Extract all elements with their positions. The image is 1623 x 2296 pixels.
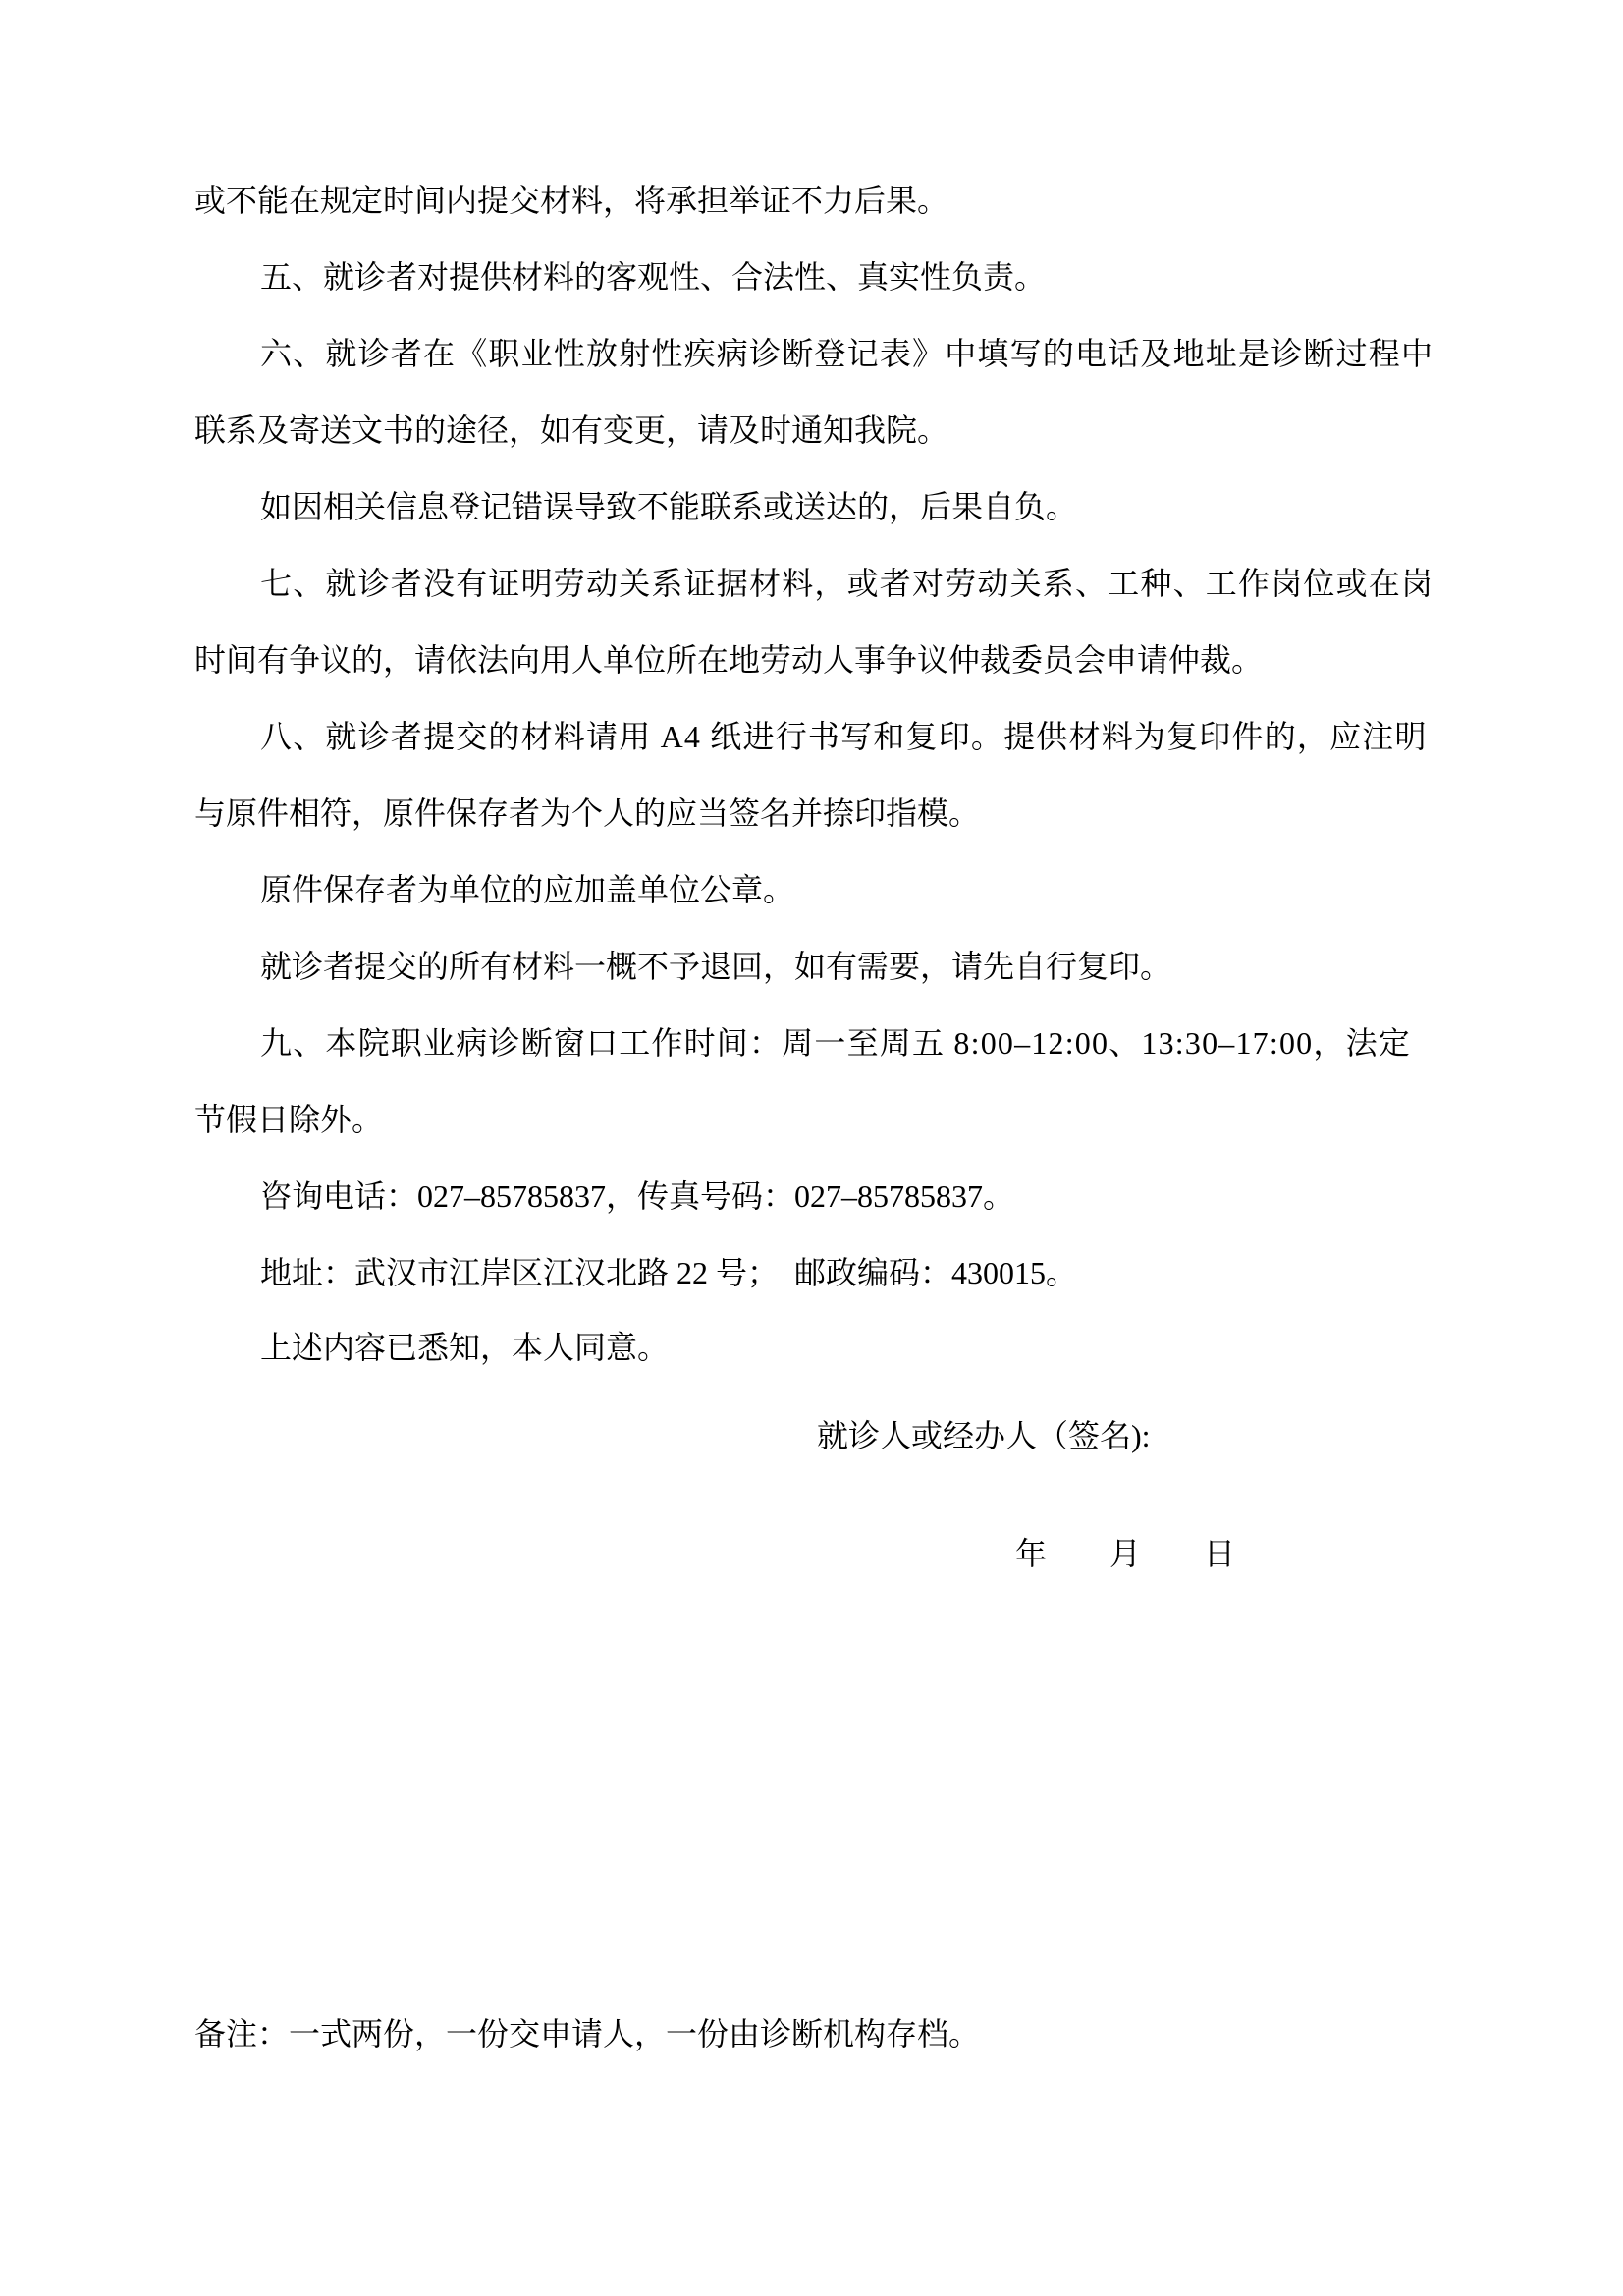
text-line-9: 原件保存者为单位的应加盖单位公章。 — [194, 867, 1434, 912]
text-line-11: 九、本院职业病诊断窗口工作时间：周一至周五 8:00–12:00、13:30–1… — [194, 1020, 1434, 1066]
remark-line: 备注：一式两份，一份交申请人，一份由诊断机构存档。 — [194, 2011, 1434, 2056]
text-line-13: 咨询电话：027–85785837，传真号码：027–85785837。 — [194, 1174, 1434, 1219]
text-line-6: 时间有争议的，请依法向用人单位所在地劳动人事争议仲裁委员会申请仲裁。 — [194, 637, 1434, 683]
text-line-12: 节假日除外。 — [194, 1097, 1434, 1142]
text-line-4: 如因相关信息登记错误导致不能联系或送达的，后果自负。 — [194, 484, 1434, 529]
text-line-0: 或不能在规定时间内提交材料，将承担举证不力后果。 — [194, 178, 1434, 223]
signature-line: 就诊人或经办人（签名): — [817, 1413, 1406, 1458]
date-line: 年 月 日 — [1015, 1531, 1506, 1576]
text-line-5: 七、就诊者没有证明劳动关系证据材料，或者对劳动关系、工种、工作岗位或在岗 — [194, 561, 1434, 606]
text-line-10: 就诊者提交的所有材料一概不予退回，如有需要，请先自行复印。 — [194, 944, 1434, 989]
text-line-3: 联系及寄送文书的途径，如有变更，请及时通知我院。 — [194, 408, 1434, 453]
text-line-8: 与原件相符，原件保存者为个人的应当签名并捺印指模。 — [194, 791, 1434, 836]
text-line-7: 八、就诊者提交的材料请用 A4 纸进行书写和复印。提供材料为复印件的，应注明 — [194, 714, 1434, 759]
text-line-1: 五、就诊者对提供材料的客观性、合法性、真实性负责。 — [194, 254, 1434, 300]
document-page: 或不能在规定时间内提交材料，将承担举证不力后果。 五、就诊者对提供材料的客观性、… — [0, 0, 1623, 2296]
text-line-15: 上述内容已悉知，本人同意。 — [194, 1325, 1434, 1370]
text-line-2: 六、就诊者在《职业性放射性疾病诊断登记表》中填写的电话及地址是诊断过程中 — [194, 331, 1434, 376]
text-line-14: 地址：武汉市江岸区江汉北路 22 号； 邮政编码：430015。 — [194, 1250, 1434, 1295]
